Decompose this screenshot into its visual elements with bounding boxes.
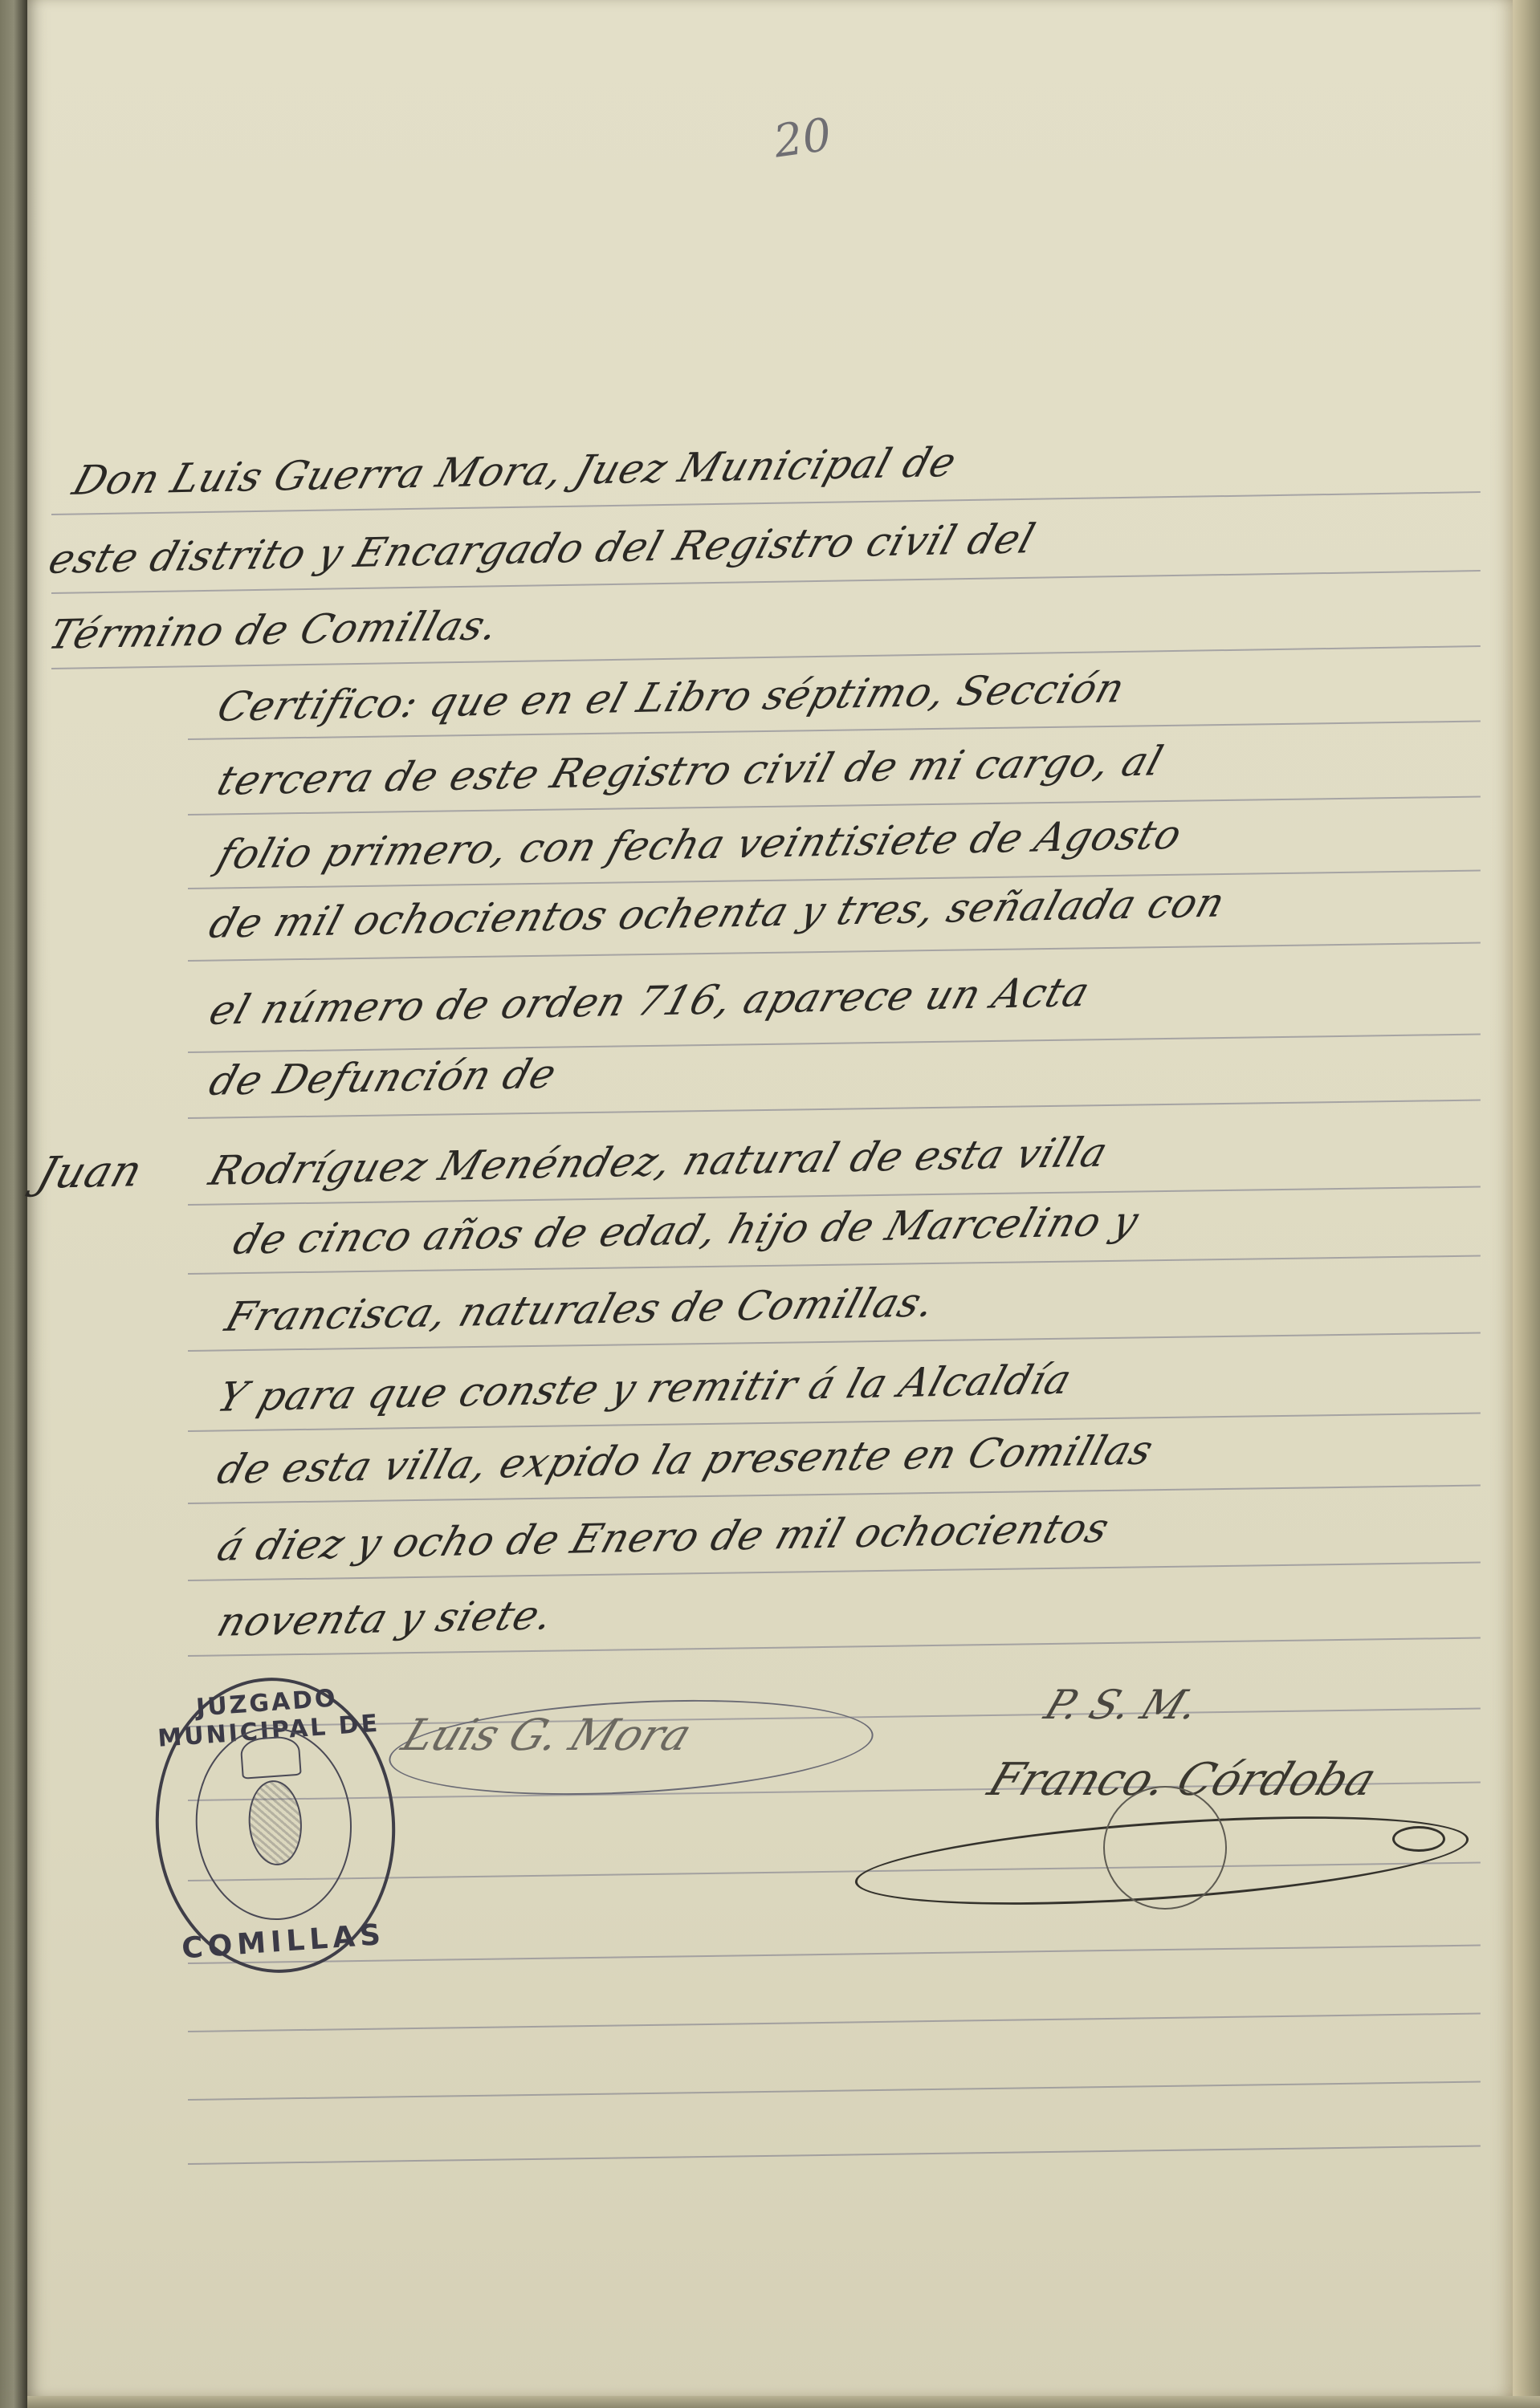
crown-icon bbox=[239, 1735, 301, 1780]
text-line-5: folio primero, con fecha veintisiete de … bbox=[212, 811, 1188, 878]
text-line-heading-2: este distrito y Encargado del Registro c… bbox=[43, 515, 1041, 583]
text-line-14: á diez y ocho de Enero de mil ochociento… bbox=[212, 1504, 1115, 1570]
text-line-11: Francisca, naturales de Comillas. bbox=[220, 1279, 941, 1340]
coat-of-arms-icon bbox=[189, 1723, 358, 1926]
ruled-line bbox=[188, 2146, 1481, 2165]
shield-icon bbox=[246, 1779, 304, 1867]
ruled-line bbox=[188, 2013, 1481, 2032]
text-line-4: tercera de este Registro civil de mi car… bbox=[212, 738, 1169, 804]
text-line-heading-1: Don Luis Guerra Mora, Juez Municipal de bbox=[67, 439, 963, 504]
secretary-signature-loop bbox=[1103, 1786, 1227, 1910]
secretary-signature-end-loop bbox=[1392, 1826, 1445, 1852]
text-line-certifico: Certifico: que en el Libro séptimo, Secc… bbox=[212, 665, 1131, 730]
text-line-12: Y para que conste y remitir á la Alcaldí… bbox=[212, 1356, 1078, 1421]
ruled-line bbox=[188, 942, 1481, 962]
text-line-6: de mil ochocientos ochenta y tres, señal… bbox=[204, 879, 1231, 947]
text-line-heading-3: Término de Comillas. bbox=[43, 602, 505, 658]
margin-name: Juan bbox=[31, 1145, 149, 1198]
judge-signature: Luis G. Mora bbox=[396, 1710, 699, 1760]
by-order-abbreviation: P. S. M. bbox=[1038, 1682, 1205, 1728]
text-line-8: de Defunción de bbox=[204, 1051, 562, 1104]
ruled-line bbox=[188, 1100, 1481, 1119]
text-line-15: noventa y siete. bbox=[212, 1592, 560, 1645]
page-bottom-edge bbox=[27, 2396, 1540, 2408]
text-line-13: de esta villa, expido la presente en Com… bbox=[212, 1426, 1159, 1493]
ruled-line bbox=[188, 2081, 1481, 2101]
ruled-line bbox=[188, 1034, 1481, 1053]
book-spine bbox=[0, 0, 27, 2408]
text-line-deceased-name: Rodríguez Menéndez, natural de esta vill… bbox=[204, 1129, 1114, 1194]
page-edge bbox=[1513, 0, 1540, 2408]
text-line-record-number: el número de orden 716, aparece un Acta bbox=[204, 969, 1095, 1034]
text-line-10: de cinco años de edad, hijo de Marcelino… bbox=[228, 1198, 1145, 1263]
stamp-bottom-text: COMILLAS bbox=[166, 1918, 401, 1967]
folio-number: 20 bbox=[771, 108, 835, 168]
municipal-court-stamp: JUZGADO MUNICIPAL DE COMILLAS bbox=[146, 1670, 405, 1981]
document-page: 20 Don Luis Guerra Mora, Juez Municipal … bbox=[27, 0, 1513, 2396]
